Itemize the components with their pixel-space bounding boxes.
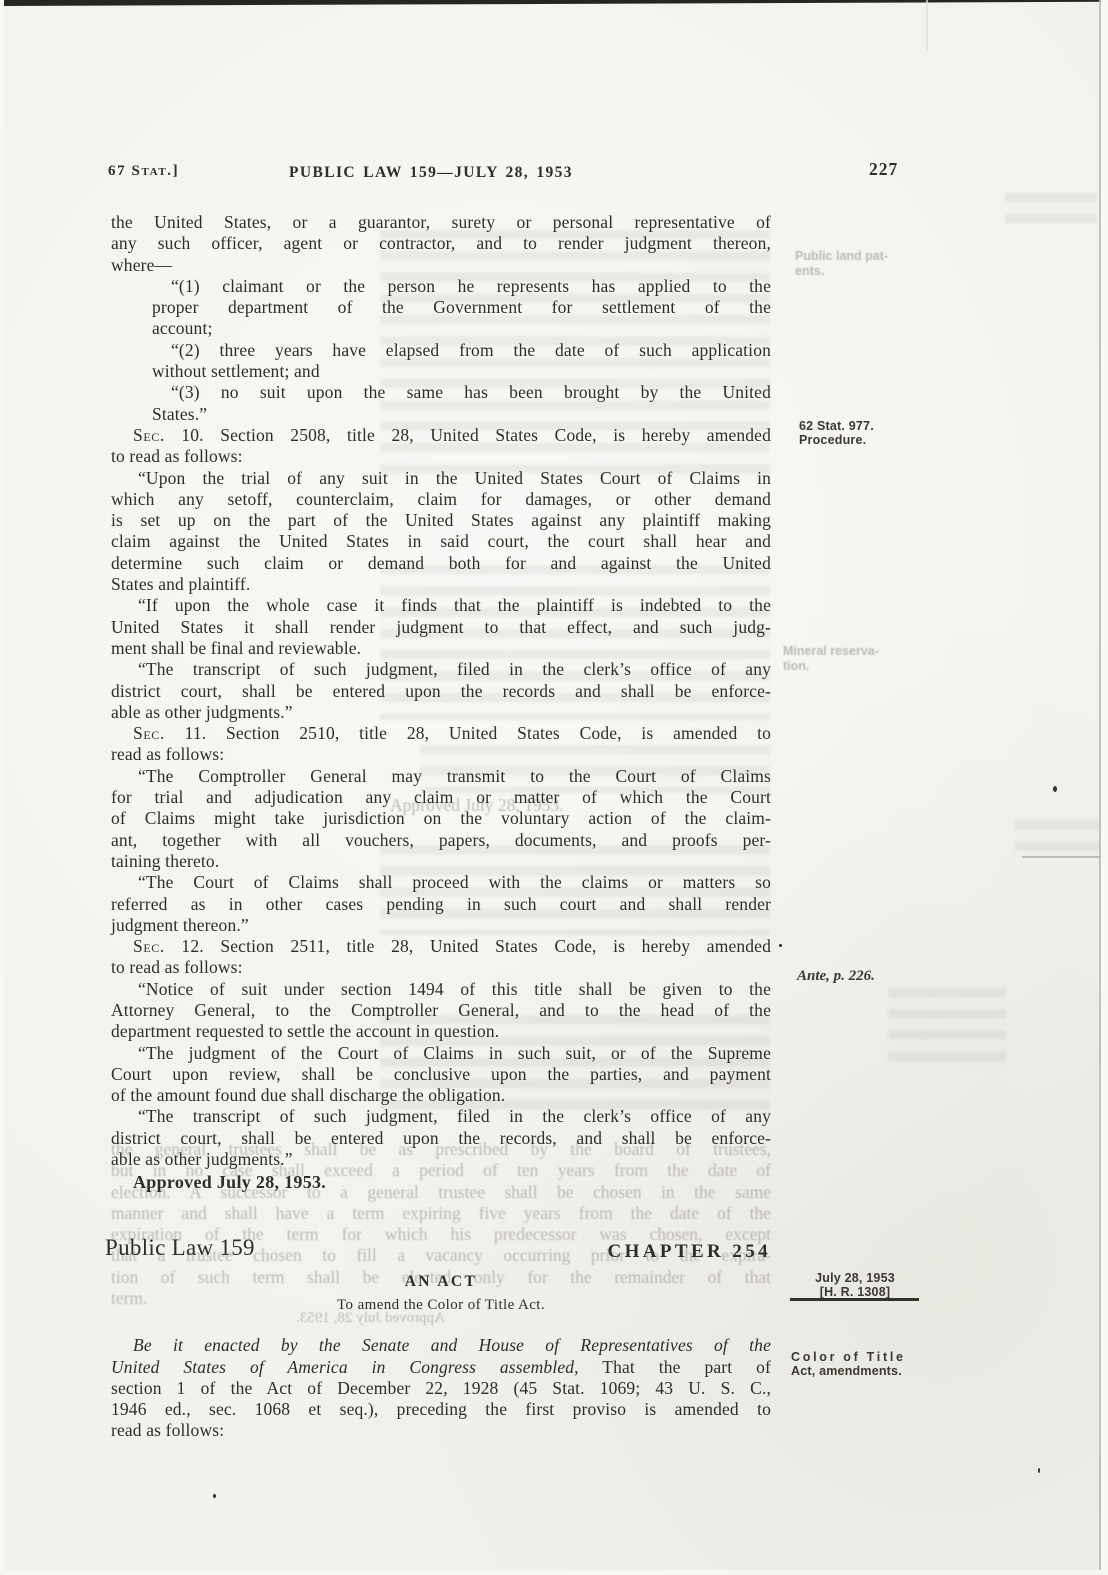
text-run: “Upon the trial of any suit in the Unite…	[138, 468, 771, 488]
text-line: 1946 ed., sec. 1068 et seq.), preceding …	[111, 1399, 771, 1420]
body-paragraph: “(1) claimant or the person he represent…	[111, 276, 771, 340]
text-run: without settlement; and	[152, 361, 320, 381]
text-run: That the part of	[579, 1357, 771, 1377]
margin-note: Ante, p. 226.	[797, 968, 997, 985]
bleedthrough-smudge	[888, 988, 1006, 1073]
bleedthrough-line: Public land pat-	[795, 249, 888, 264]
margin-note-line: Ante, p. 226.	[797, 968, 997, 985]
ink-speck	[779, 944, 782, 947]
margin-note-line: [H. R. 1308]	[791, 1286, 919, 1300]
text-line: read as follows:	[111, 744, 771, 765]
text-run: ant, together with all vouchers, papers,…	[111, 830, 771, 850]
an-act-label: AN ACT	[111, 1271, 771, 1292]
text-run: able as other judgments.”	[111, 702, 293, 722]
text-line: where—	[111, 255, 771, 276]
text-run: Sec.	[133, 425, 165, 445]
body-paragraph: Approved July 28, 1953.	[111, 1172, 771, 1193]
text-line: “The Comptroller General may transmit to…	[111, 766, 771, 787]
margin-note-line: Act, amendments.	[791, 1365, 951, 1379]
ink-speck	[1038, 1468, 1040, 1473]
text-line: “(2) three years have elapsed from the d…	[111, 340, 771, 361]
text-line: Sec. 11. Section 2510, title 28, United …	[111, 723, 771, 744]
text-line: determine such claim or demand both for …	[111, 553, 771, 574]
body-paragraph: “The judgment of the Court of Claims in …	[111, 1043, 771, 1107]
text-run: read as follows:	[111, 744, 224, 764]
text-line: referred as in other cases pending in su…	[111, 894, 771, 915]
text-line: district court, shall be entered upon th…	[111, 681, 771, 702]
bleedthrough-line: tion.	[783, 659, 879, 674]
margin-note: Color of TitleAct, amendments.	[791, 1351, 951, 1378]
text-line: “The transcript of such judgment, filed …	[111, 659, 771, 680]
bleedthrough-smudge	[1015, 820, 1105, 854]
text-run: Sec.	[133, 936, 165, 956]
text-line: district court, shall be entered upon th…	[111, 1128, 771, 1149]
margin-note: 62 Stat. 977.Procedure.	[799, 420, 999, 447]
text-run: proper department of the Government for …	[152, 297, 771, 317]
text-run: read as follows:	[111, 1420, 224, 1440]
text-line: which any setoff, counterclaim, claim fo…	[111, 489, 771, 510]
text-line: claim against the United States in said …	[111, 531, 771, 552]
text-line: proper department of the Government for …	[111, 297, 771, 318]
text-run: judgment thereon.”	[111, 915, 249, 935]
text-run: “(3) no suit upon the same has been brou…	[171, 382, 771, 402]
text-line: United States of America in Congress ass…	[111, 1357, 771, 1378]
text-line: “(1) claimant or the person he represent…	[111, 276, 771, 297]
body-paragraph: “(3) no suit upon the same has been brou…	[111, 382, 771, 425]
text-line: “The judgment of the Court of Claims in …	[111, 1043, 771, 1064]
text-line: of Claims might take jurisdiction on the…	[111, 808, 771, 829]
text-line: taining thereto.	[111, 851, 771, 872]
text-run: Be it enacted by the Senate and House of…	[133, 1335, 771, 1355]
body-paragraph: “The Court of Claims shall proceed with …	[111, 872, 771, 936]
text-run: of the amount found due shall discharge …	[111, 1085, 505, 1105]
text-line: Sec. 12. Section 2511, title 28, United …	[111, 936, 771, 957]
margin-note-line: 62 Stat. 977.	[799, 420, 999, 434]
text-line: United States it shall render judgment t…	[111, 617, 771, 638]
text-run: “The transcript of such judgment, filed …	[138, 1106, 771, 1126]
text-line: department requested to settle the accou…	[111, 1021, 771, 1042]
bleedthrough-line: ents.	[795, 264, 888, 279]
body-paragraph: “The transcript of such judgment, filed …	[111, 659, 771, 723]
page-edge-top	[0, 0, 1108, 6]
body-paragraph: Sec. 10. Section 2508, title 28, United …	[111, 425, 771, 468]
body-paragraph: “(2) three years have elapsed from the d…	[111, 340, 771, 383]
text-run: “The Comptroller General may transmit to…	[138, 766, 771, 786]
text-line: States.”	[111, 404, 771, 425]
running-title: PUBLIC LAW 159—JULY 28, 1953	[111, 164, 751, 182]
margin-note-line: Color of Title	[791, 1351, 951, 1365]
body-paragraph: “The transcript of such judgment, filed …	[111, 1106, 771, 1170]
text-line: read as follows:	[111, 1420, 771, 1441]
text-run: which any setoff, counterclaim, claim fo…	[111, 489, 771, 509]
text-run: determine such claim or demand both for …	[111, 553, 771, 573]
ink-speck	[1053, 786, 1057, 792]
text-run: district court, shall be entered upon th…	[111, 1128, 771, 1148]
chapter-number: CHAPTER 254	[607, 1241, 771, 1262]
body-paragraph: Be it enacted by the Senate and House of…	[111, 1335, 771, 1441]
text-run: any such officer, agent or contractor, a…	[111, 233, 771, 253]
text-line: “The Court of Claims shall proceed with …	[111, 872, 771, 893]
enacting-clause: Be it enacted by the Senate and House of…	[111, 1335, 771, 1441]
text-run: “The Court of Claims shall proceed with …	[138, 872, 771, 892]
text-line: “If upon the whole case it finds that th…	[111, 595, 771, 616]
ink-speck	[213, 1494, 216, 1498]
text-run: to read as follows:	[111, 957, 243, 977]
text-run: of Claims might take jurisdiction on the…	[111, 808, 771, 828]
text-line: ant, together with all vouchers, papers,…	[111, 830, 771, 851]
body-paragraph: “Upon the trial of any suit in the Unite…	[111, 468, 771, 596]
page-number: 227	[869, 159, 898, 180]
bleedthrough-smudge	[1005, 193, 1097, 223]
text-line: States and plaintiff.	[111, 574, 771, 595]
margin-note: July 28, 1953[H. R. 1308]	[791, 1272, 919, 1299]
text-line: “(3) no suit upon the same has been brou…	[111, 382, 771, 403]
body-paragraph: “Notice of suit under section 1494 of th…	[111, 979, 771, 1043]
text-line: “Notice of suit under section 1494 of th…	[111, 979, 771, 1000]
text-run: section 1 of the Act of December 22, 192…	[111, 1378, 771, 1398]
text-run: account;	[152, 318, 212, 338]
hr-underline-rule	[1022, 856, 1104, 858]
text-line: to read as follows:	[111, 446, 771, 467]
margin-note-line: July 28, 1953	[791, 1272, 919, 1286]
law-heading-row: Public Law 159 CHAPTER 254	[111, 1237, 771, 1269]
text-run: Sec.	[133, 723, 165, 743]
text-run: the United States, or a guarantor, suret…	[111, 212, 771, 232]
text-line: able as other judgments.”	[111, 702, 771, 723]
text-line: any such officer, agent or contractor, a…	[111, 233, 771, 254]
text-line: without settlement; and	[111, 361, 771, 382]
text-run: taining thereto.	[111, 851, 219, 871]
text-run: district court, shall be entered upon th…	[111, 681, 771, 701]
text-run: department requested to settle the accou…	[111, 1021, 499, 1041]
text-column: the United States, or a guarantor, suret…	[111, 212, 771, 1442]
text-line: able as other judgments.”	[111, 1149, 771, 1170]
text-line: to read as follows:	[111, 957, 771, 978]
text-run: Attorney General, to the Comptroller Gen…	[111, 1000, 771, 1020]
text-run: United States of America in Congress ass…	[111, 1357, 579, 1377]
act-subtitle: To amend the Color of Title Act.	[111, 1295, 771, 1316]
text-run: States.”	[152, 404, 207, 424]
text-line: “Upon the trial of any suit in the Unite…	[111, 468, 771, 489]
public-law-number: Public Law 159	[105, 1237, 255, 1258]
bleedthrough-margin-note: Mineral reserva-tion.	[783, 644, 879, 673]
text-run: “The judgment of the Court of Claims in …	[138, 1043, 771, 1063]
body-paragraph: Sec. 12. Section 2511, title 28, United …	[111, 936, 771, 979]
page-edge-right-strip	[1101, 0, 1108, 1575]
text-run: “Notice of suit under section 1494 of th…	[138, 979, 771, 999]
text-run: “If upon the whole case it finds that th…	[138, 595, 771, 615]
text-line: Sec. 10. Section 2508, title 28, United …	[111, 425, 771, 446]
statute-page: the general trustees shall be as prescri…	[0, 0, 1108, 1575]
text-run: ment shall be final and reviewable.	[111, 638, 361, 658]
text-run: United States it shall render judgment t…	[111, 617, 771, 637]
body-paragraph: “The Comptroller General may transmit to…	[111, 766, 771, 872]
text-line: of the amount found due shall discharge …	[111, 1085, 771, 1106]
text-line: ment shall be final and reviewable.	[111, 638, 771, 659]
text-line: for trial and adjudication any claim or …	[111, 787, 771, 808]
margin-note-line: Procedure.	[799, 434, 999, 448]
text-run: 10. Section 2508, title 28, United State…	[165, 425, 771, 445]
text-line: Attorney General, to the Comptroller Gen…	[111, 1000, 771, 1021]
text-run: 12. Section 2511, title 28, United State…	[165, 936, 771, 956]
body-paragraph: the United States, or a guarantor, suret…	[111, 212, 771, 276]
text-run: where—	[111, 255, 172, 275]
text-run: 1946 ed., sec. 1068 et seq.), preceding …	[111, 1399, 771, 1419]
text-line: section 1 of the Act of December 22, 192…	[111, 1378, 771, 1399]
bleedthrough-margin-note: Public land pat-ents.	[795, 249, 888, 278]
text-run: Court upon review, shall be conclusive u…	[111, 1064, 771, 1084]
text-line: Approved July 28, 1953.	[111, 1172, 771, 1193]
text-run: “(2) three years have elapsed from the d…	[171, 340, 771, 360]
text-line: account;	[111, 318, 771, 339]
text-run: States and plaintiff.	[111, 574, 250, 594]
text-run: “(1) claimant or the person he represent…	[171, 276, 771, 296]
text-run: is set up on the part of the United Stat…	[111, 510, 771, 530]
text-line: the United States, or a guarantor, suret…	[111, 212, 771, 233]
text-run: 11. Section 2510, title 28, United State…	[165, 723, 771, 743]
text-line: Court upon review, shall be conclusive u…	[111, 1064, 771, 1085]
text-run: for trial and adjudication any claim or …	[111, 787, 771, 807]
text-run: to read as follows:	[111, 446, 243, 466]
page-edge-bottom-strip	[0, 1570, 1108, 1575]
body-paragraph: Sec. 11. Section 2510, title 28, United …	[111, 723, 771, 766]
paper-crease	[926, 0, 928, 50]
text-run: “The transcript of such judgment, filed …	[138, 659, 771, 679]
text-line: Be it enacted by the Senate and House of…	[111, 1335, 771, 1356]
text-run: Approved July 28, 1953.	[133, 1172, 326, 1192]
text-line: “The transcript of such judgment, filed …	[111, 1106, 771, 1127]
body-paragraphs: the United States, or a guarantor, suret…	[111, 212, 771, 1194]
text-line: judgment thereon.”	[111, 915, 771, 936]
text-run: able as other judgments.”	[111, 1149, 293, 1169]
bleedthrough-line: Mineral reserva-	[783, 644, 879, 659]
text-run: referred as in other cases pending in su…	[111, 894, 771, 914]
body-paragraph: “If upon the whole case it finds that th…	[111, 595, 771, 659]
text-run: claim against the United States in said …	[111, 531, 771, 551]
page-edge-left-strip	[0, 0, 4, 1575]
text-line: is set up on the part of the United Stat…	[111, 510, 771, 531]
